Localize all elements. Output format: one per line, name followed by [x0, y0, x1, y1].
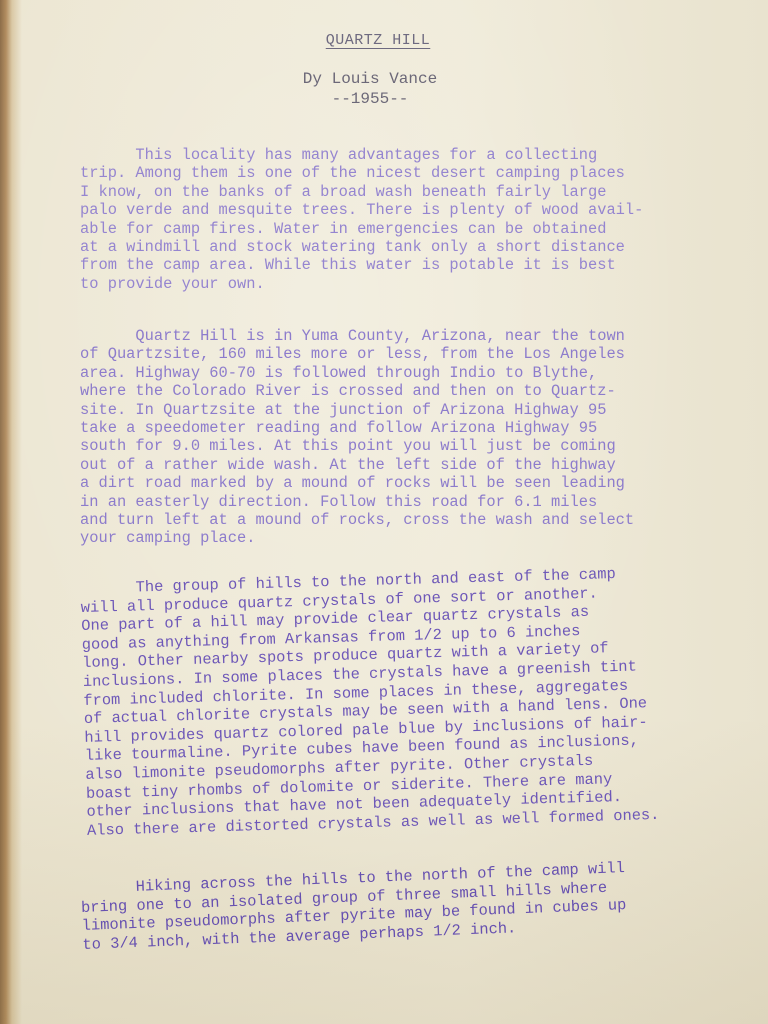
text-line: a dirt road marked by a mound of rocks w… — [80, 474, 634, 492]
text-line: to provide your own. — [80, 275, 643, 293]
text-line: where the Colorado River is crossed and … — [80, 382, 634, 400]
text-line: area. Highway 60-70 is followed through … — [80, 364, 634, 382]
document-year: --1955-- — [0, 90, 740, 108]
text-line: from the camp area. While this water is … — [80, 256, 643, 274]
text-line: in an easterly direction. Follow this ro… — [80, 493, 634, 511]
paragraph-intro: This locality has many advantages for a … — [80, 146, 643, 293]
paragraph-hiking: Hiking across the hills to the north of … — [80, 859, 627, 954]
text-line: and turn left at a mound of rocks, cross… — [80, 511, 634, 529]
author-byline: Dy Louis Vance — [0, 70, 740, 88]
text-line: trip. Among them is one of the nicest de… — [80, 164, 643, 182]
paragraph-crystals: The group of hills to the north and east… — [80, 564, 660, 840]
text-line: your camping place. — [80, 529, 634, 547]
text-line: take a speedometer reading and follow Ar… — [80, 419, 634, 437]
text-line: of Quartzsite, 160 miles more or less, f… — [80, 345, 634, 363]
text-line: palo verde and mesquite trees. There is … — [80, 201, 643, 219]
text-line: I know, on the banks of a broad wash ben… — [80, 183, 643, 201]
text-line: at a windmill and stock watering tank on… — [80, 238, 643, 256]
document-title: QUARTZ HILL — [0, 32, 756, 49]
text-line: south for 9.0 miles. At this point you w… — [80, 437, 634, 455]
text-line: able for camp fires. Water in emergencie… — [80, 220, 643, 238]
text-line: site. In Quartzsite at the junction of A… — [80, 401, 634, 419]
paragraph-directions: Quartz Hill is in Yuma County, Arizona, … — [80, 327, 634, 548]
text-line: This locality has many advantages for a … — [80, 146, 643, 164]
text-line: out of a rather wide wash. At the left s… — [80, 456, 634, 474]
text-line: Quartz Hill is in Yuma County, Arizona, … — [80, 327, 634, 345]
